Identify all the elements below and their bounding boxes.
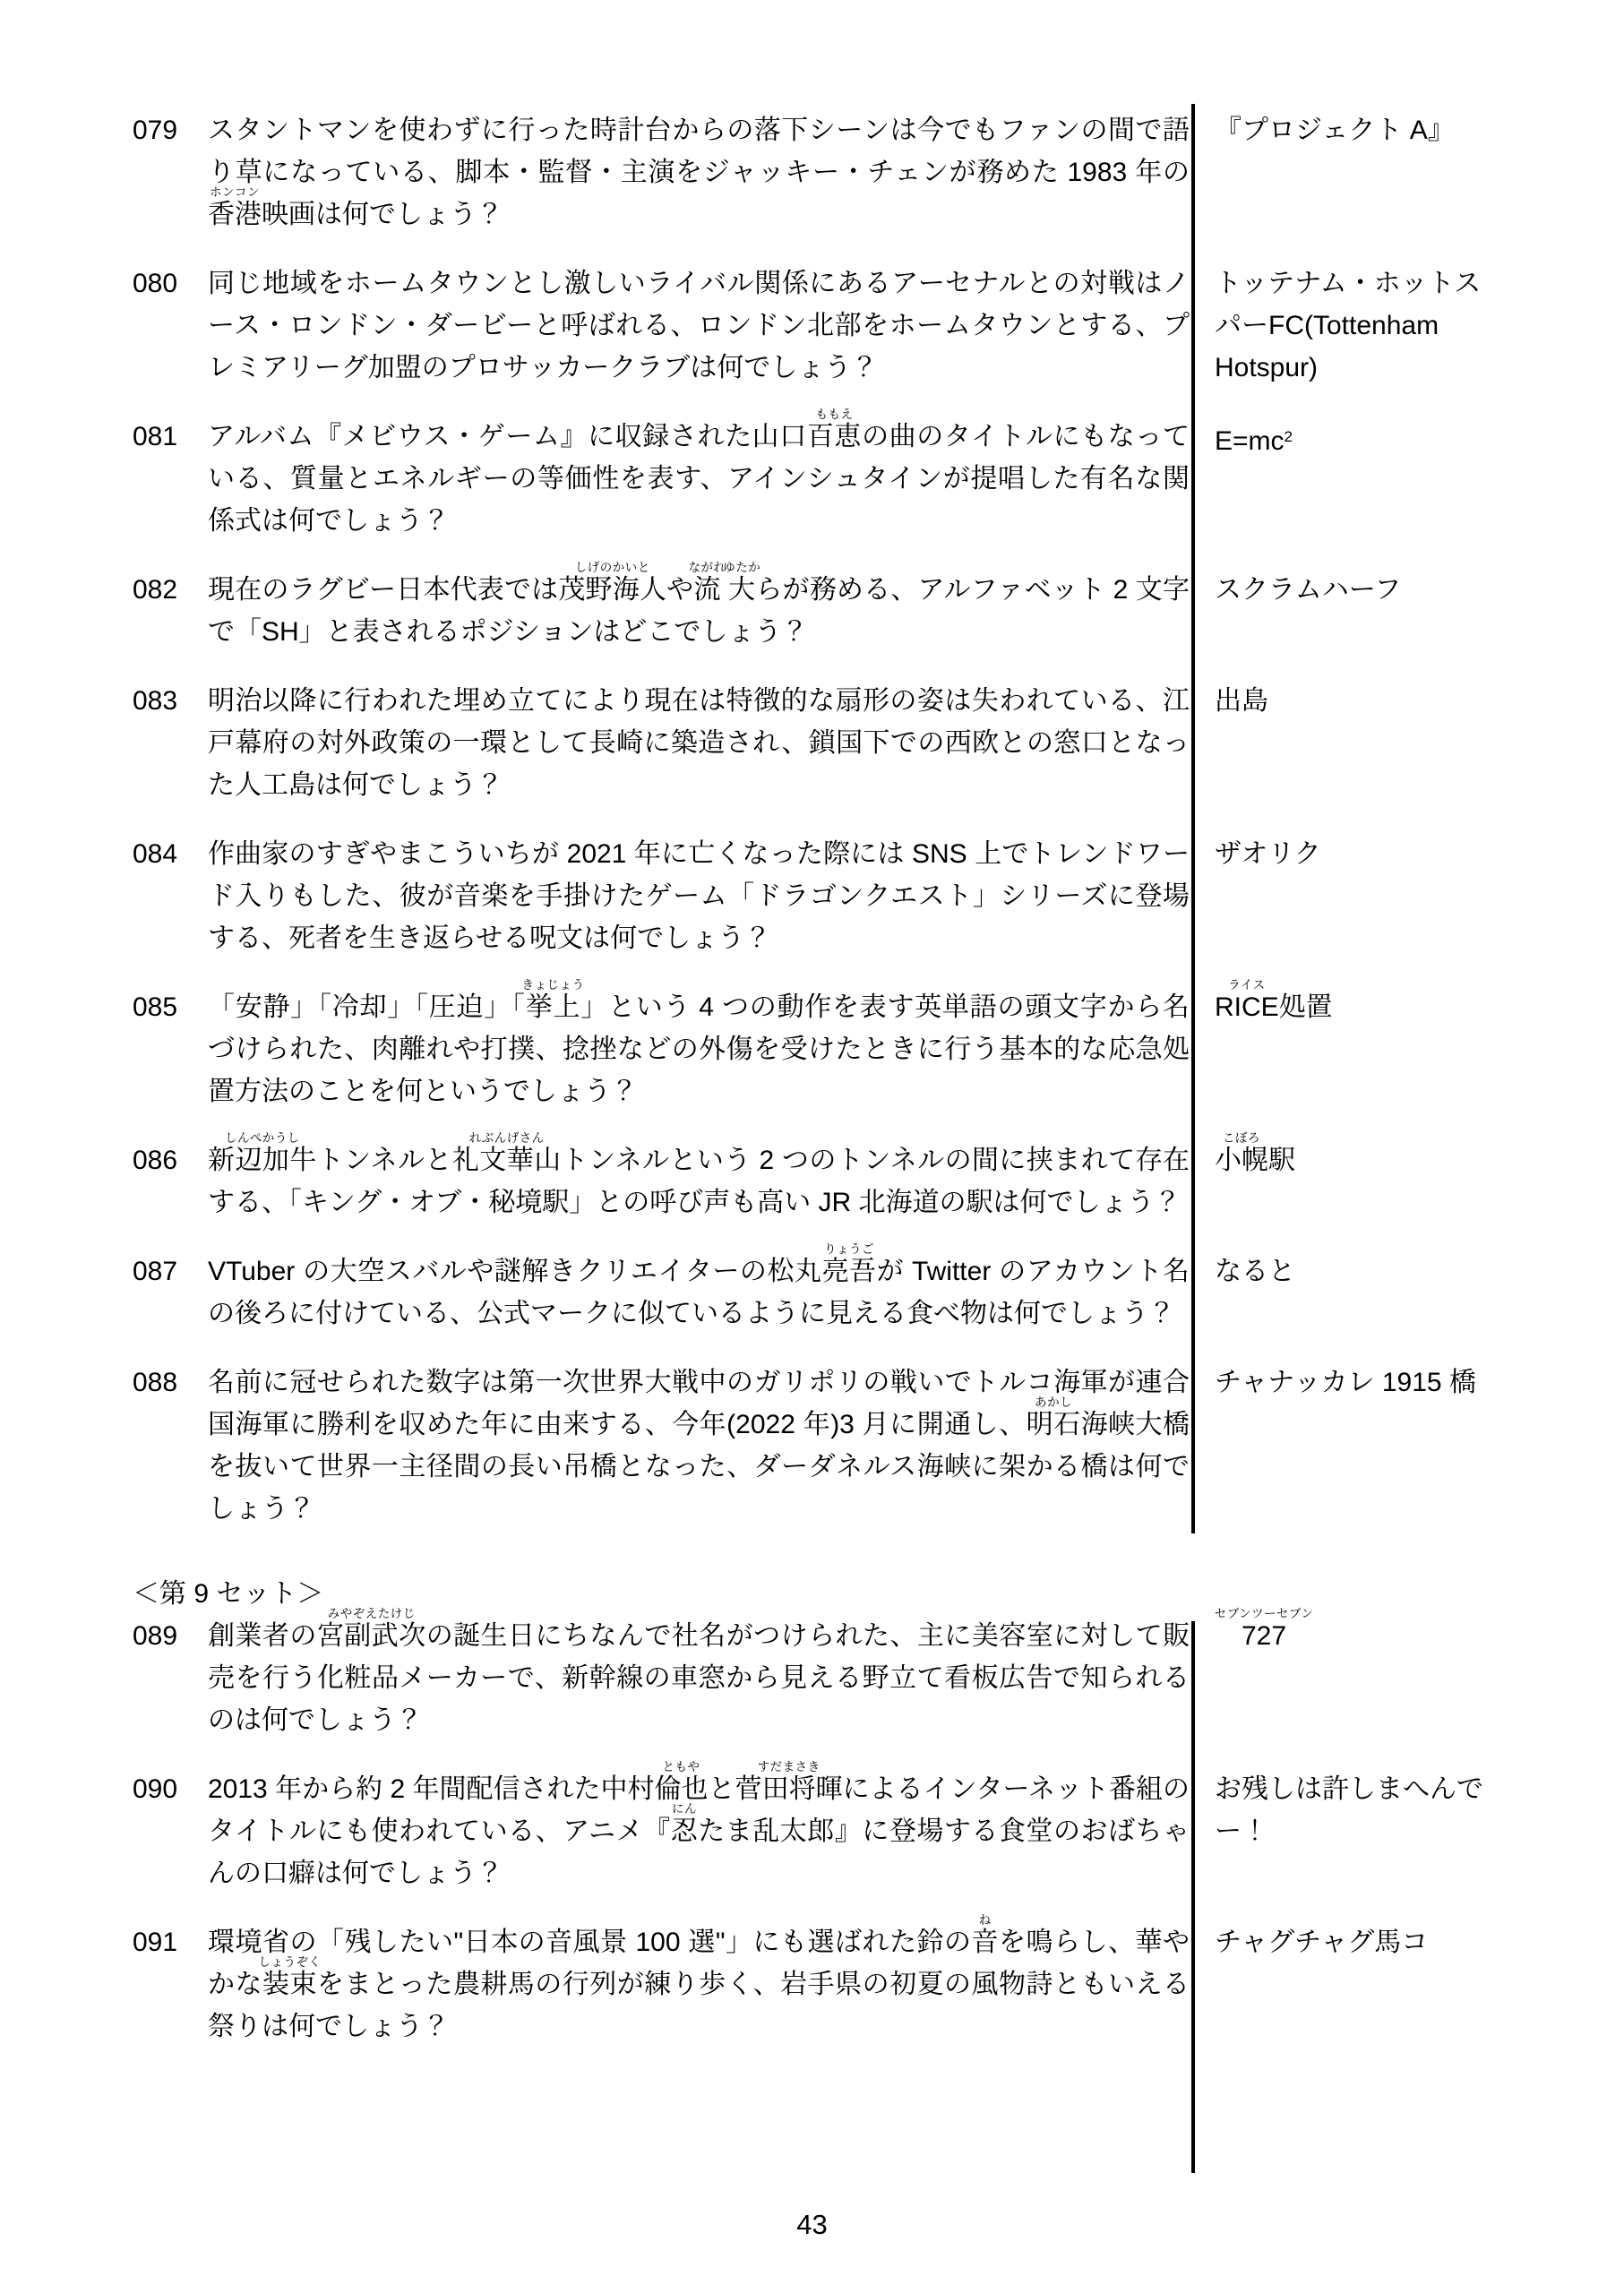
question-number: 088	[133, 1361, 208, 1404]
answer-text: チャナッカレ 1915 橋	[1215, 1361, 1485, 1404]
column-separator-line	[1191, 104, 1195, 1533]
question-number: 079	[133, 109, 208, 151]
question-text: 現在のラグビー日本代表では茂野海人しげのかいとや流ながれ 大ゆたからが務める、ア…	[208, 569, 1190, 653]
question-row: 090 2013 年から約 2 年間配信された中村倫也ともやと菅田将暉すだまさき…	[133, 1768, 1624, 1894]
question-row: 091 環境省の「残したい"日本の音風景 100 選"」にも選ばれた鈴の音ねを鳴…	[133, 1921, 1624, 2048]
question-number: 087	[133, 1250, 208, 1292]
answer-text: E=mc2	[1215, 416, 1485, 462]
question-row: 089 創業者の宮副武次みやぞえたけじの誕生日にちなんで社名がつけられた、主に美…	[133, 1615, 1624, 1741]
question-number: 085	[133, 986, 208, 1028]
question-text: アルバム『メビウス・ゲーム』に収録された山口百恵ももえの曲のタイトルにもなってい…	[208, 416, 1190, 542]
question-number: 091	[133, 1921, 208, 1963]
question-text: 環境省の「残したい"日本の音風景 100 選"」にも選ばれた鈴の音ねを鳴らし、華…	[208, 1921, 1190, 2048]
answer-text: 小幌こぼろ駅	[1215, 1139, 1485, 1181]
answer-text: ザオリク	[1215, 833, 1485, 875]
question-text: スタントマンを使わずに行った時計台からの落下シーンは今でもファンの間で語り草にな…	[208, 109, 1190, 236]
question-row: 085 「安静」「冷却」「圧迫」「挙上きょじょう」という 4 つの動作を表す英単…	[133, 986, 1624, 1112]
document-page: 079 スタントマンを使わずに行った時計台からの落下シーンは今でもファンの間で語…	[0, 0, 1624, 2293]
question-row: 086 新辺加牛しんぺかうしトンネルと礼文華山れぶんげさんトンネルという 2 つ…	[133, 1139, 1624, 1224]
question-text: 創業者の宮副武次みやぞえたけじの誕生日にちなんで社名がつけられた、主に美容室に対…	[208, 1615, 1190, 1741]
page-content: 079 スタントマンを使わずに行った時計台からの落下シーンは今でもファンの間で語…	[0, 0, 1624, 2048]
question-row: 084 作曲家のすぎやまこういちが 2021 年に亡くなった際には SNS 上で…	[133, 833, 1624, 959]
answer-text: 727セブンツーセブン	[1215, 1615, 1485, 1657]
question-row: 080 同じ地域をホームタウンとし激しいライバル関係にあるアーセナルとの対戦はノ…	[133, 262, 1624, 389]
question-number: 086	[133, 1139, 208, 1181]
question-row: 083 明治以降に行われた埋め立てにより現在は特徴的な扇形の姿は失われている、江…	[133, 680, 1624, 806]
question-text: 名前に冠せられた数字は第一次世界大戦中のガリポリの戦いでトルコ海軍が連合国海軍に…	[208, 1361, 1190, 1530]
question-text: 「安静」「冷却」「圧迫」「挙上きょじょう」という 4 つの動作を表す英単語の頭文…	[208, 986, 1190, 1112]
question-number: 089	[133, 1615, 208, 1657]
answer-text: お残しは許しまへんでー！	[1215, 1768, 1485, 1852]
answer-text: スクラムハーフ	[1215, 569, 1485, 611]
answer-text: なると	[1215, 1250, 1485, 1292]
question-number: 081	[133, 416, 208, 458]
question-text: 2013 年から約 2 年間配信された中村倫也ともやと菅田将暉すだまさきによるイ…	[208, 1768, 1190, 1894]
question-number: 082	[133, 569, 208, 611]
question-text: 明治以降に行われた埋め立てにより現在は特徴的な扇形の姿は失われている、江戸幕府の…	[208, 680, 1190, 806]
question-number: 090	[133, 1768, 208, 1810]
question-text: 新辺加牛しんぺかうしトンネルと礼文華山れぶんげさんトンネルという 2 つのトンネ…	[208, 1139, 1190, 1224]
question-row: 087 VTuber の大空スバルや謎解きクリエイターの松丸亮吾りょうごが Tw…	[133, 1250, 1624, 1335]
answer-text: トッテナム・ホットスパーFC(Tottenham Hotspur)	[1215, 262, 1485, 389]
answer-text: チャグチャグ馬コ	[1215, 1921, 1485, 1963]
question-row: 079 スタントマンを使わずに行った時計台からの落下シーンは今でもファンの間で語…	[133, 109, 1624, 236]
question-row: 082 現在のラグビー日本代表では茂野海人しげのかいとや流ながれ 大ゆたからが務…	[133, 569, 1624, 653]
question-block-2: 089 創業者の宮副武次みやぞえたけじの誕生日にちなんで社名がつけられた、主に美…	[133, 1615, 1624, 2048]
question-number: 083	[133, 680, 208, 722]
page-number: 43	[0, 2211, 1624, 2238]
question-text: VTuber の大空スバルや謎解きクリエイターの松丸亮吾りょうごが Twitte…	[208, 1250, 1190, 1335]
answer-text: 出島	[1215, 680, 1485, 722]
question-row: 088 名前に冠せられた数字は第一次世界大戦中のガリポリの戦いでトルコ海軍が連合…	[133, 1361, 1624, 1530]
question-number: 084	[133, 833, 208, 875]
question-row: 081 アルバム『メビウス・ゲーム』に収録された山口百恵ももえの曲のタイトルにも…	[133, 416, 1624, 542]
answer-text: 『プロジェクト A』	[1215, 109, 1485, 151]
question-text: 同じ地域をホームタウンとし激しいライバル関係にあるアーセナルとの対戦はノース・ロ…	[208, 262, 1190, 389]
question-number: 080	[133, 262, 208, 305]
question-text: 作曲家のすぎやまこういちが 2021 年に亡くなった際には SNS 上でトレンド…	[208, 833, 1190, 959]
question-block-1: 079 スタントマンを使わずに行った時計台からの落下シーンは今でもファンの間で語…	[133, 109, 1624, 1530]
answer-text: RICEライス処置	[1215, 986, 1485, 1028]
column-separator-line	[1191, 1621, 1195, 2173]
